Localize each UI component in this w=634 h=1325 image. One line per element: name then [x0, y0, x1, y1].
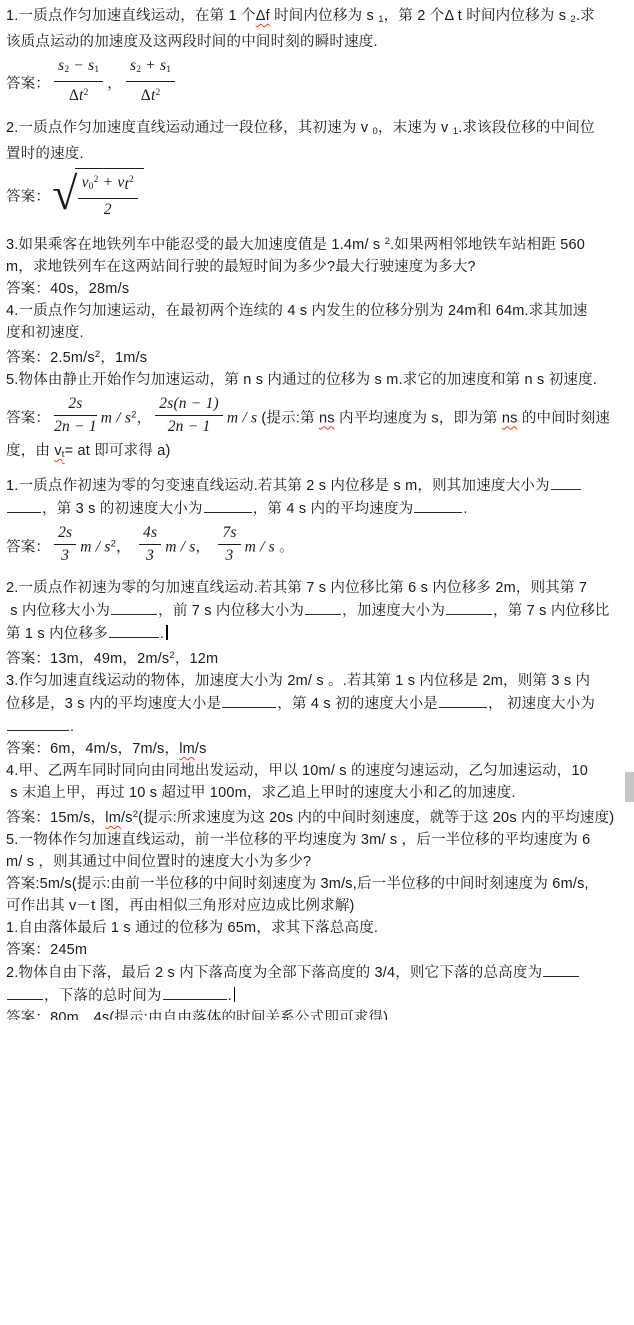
text-run: 内平均速度为 s，即为第	[335, 410, 502, 426]
text-run: 第 1 s 内位移多	[6, 626, 108, 642]
text-run: −	[69, 57, 88, 74]
text-run: .求	[576, 8, 595, 24]
fill-in-blank[interactable]	[163, 984, 227, 1000]
text-run: 答案：	[6, 410, 50, 426]
text-run: .	[463, 501, 467, 517]
answer-a5: 答案：2s2n − 1m / s2，2s(n − 1)2n − 1m / s (…	[6, 391, 628, 474]
text-run: ，12m	[175, 651, 219, 667]
superscript-text: 2	[155, 88, 160, 98]
text-run: 4.一质点作匀加速运动，在最初两个连续的 4 s 内发生的位移分别为 24m和 …	[6, 303, 588, 319]
text-run: ，	[107, 76, 122, 92]
fill-in-blank[interactable]	[7, 715, 69, 731]
answer-b5: 答案:5m/s(提示:由前一半位移的中间时刻速度为 3m/s,后一半位移的中间时…	[6, 873, 628, 917]
text-run: 3	[226, 547, 234, 564]
text-run: .	[228, 988, 232, 1004]
problem-a5: 5.物体由静止开始作匀加速运动，第 n s 内通过的位移为 s m.求它的加速度…	[6, 369, 628, 391]
text-run: 1.一质点作匀加速直线运动，在第 1 个	[6, 8, 256, 24]
numerator: s2 − s1	[54, 56, 103, 82]
text-run: m/ s ，则其通过中间位置时的速度大小为多少?	[6, 854, 311, 870]
answer-c2: 答案：80m，4s(提示:由自由落体的时间关系公式即可求得)	[6, 1007, 628, 1020]
text-run: 答案：	[6, 189, 50, 205]
fill-in-blank[interactable]	[543, 961, 579, 977]
numerator: 4s	[139, 523, 161, 545]
numerator: s2 + s1	[126, 56, 175, 82]
problem-b3: 3.作匀加速直线运动的物体，加速度大小为 2m/ s 。.若其第 1 s 内位移…	[6, 670, 628, 738]
fill-in-blank[interactable]	[414, 497, 462, 513]
text-run: 4s	[143, 524, 157, 541]
text-run: 置时的速度.	[6, 146, 84, 162]
answer-c1: 答案：245m	[6, 939, 628, 961]
text-run: ， 初速度大小为	[488, 696, 595, 712]
text-run: = at 即可求得 a)	[65, 443, 171, 459]
text-run: 答案：13m，49m，2m/s	[6, 651, 169, 667]
fill-in-blank[interactable]	[7, 984, 43, 1000]
text-run: 2n − 1	[168, 418, 211, 435]
text-run: 答案:5m/s(提示:由前一半位移的中间时刻速度为 3m/s,后一半位移的中间时…	[6, 876, 589, 892]
numerator: 7s	[218, 523, 240, 545]
fill-in-blank[interactable]	[204, 497, 252, 513]
problem-b4: 4.甲、乙两车同时同向由同地出发运动，甲以 10m/ s 的速度匀速运动，乙匀加…	[6, 760, 628, 804]
text-run: 2	[104, 201, 112, 218]
answer-b3: 答案：6m，4m/s，7m/s，lm/s	[6, 738, 628, 760]
text-run: ，	[116, 539, 135, 555]
misspelled-text: v	[54, 443, 61, 459]
problem-a1: 1.一质点作匀加速直线运动，在第 1 个Δf 时间内位移为 s 1，第 2 个Δ…	[6, 5, 628, 53]
text-cursor	[166, 625, 168, 640]
scrollbar-thumb[interactable]	[625, 772, 634, 802]
fill-in-blank[interactable]	[446, 599, 492, 615]
text-run: 2s	[68, 395, 82, 412]
text-run: 。	[275, 539, 294, 555]
text-run: 答案：15m/s，	[6, 810, 105, 826]
text-run: 的中间时刻速	[518, 410, 610, 426]
text-run: 答案：245m	[6, 942, 87, 958]
text-run: ，第 3 s 的初速度大小为	[42, 501, 203, 517]
text-run: ，前 7 s 内位移大小为	[158, 603, 304, 619]
text-run: 答案：80m，4s(提示:由自由落体的时间关系公式即可求得)	[6, 1010, 388, 1020]
problem-a2: 2.一质点作匀加速度直线运动通过一段位移，其初速为 v 0，末速为 v 1.求该…	[6, 117, 628, 165]
text-run: 该质点运动的加速度及这两段时间的中间时刻的瞬时速度.	[6, 34, 378, 50]
fraction: 2s3	[54, 523, 76, 566]
problem-a4: 4.一质点作匀加速运动，在最初两个连续的 4 s 内发生的位移分别为 24m和 …	[6, 300, 628, 344]
text-run: m / s	[101, 409, 131, 426]
problem-c2: 2.物体自由下落，最后 2 s 内下落高度为全部下落高度的 3/4，则它下落的总…	[6, 961, 628, 1007]
fill-in-blank[interactable]	[111, 599, 157, 615]
fraction: s2 − s1Δt2	[54, 56, 103, 106]
text-run: m / s	[227, 409, 257, 426]
text-run: 可作出其 v－t 图，再由相似三角形对应边成比例求解)	[6, 898, 355, 914]
denominator: 2n − 1	[155, 416, 223, 437]
text-run: (提示:所求速度为这 20s 内的中间时刻速度，就等于这 20s 内的平均速度)	[138, 810, 614, 826]
answer-b1: 答案：2s3m / s2， 4s3m / s， 7s3m / s 。	[6, 520, 628, 577]
text-run: +	[141, 57, 160, 74]
text-run: .	[70, 719, 74, 735]
answer-a3: 答案：40s，28m/s	[6, 278, 628, 300]
text-run: 7s	[222, 524, 236, 541]
radical-formula: √v02 + vt22	[52, 168, 144, 220]
text-run: 答案：40s，28m/s	[6, 281, 129, 297]
answer-a1: 答案：s2 − s1Δt2，s2 + s1Δt2	[6, 53, 628, 117]
text-run: ，末速为 v	[378, 120, 453, 136]
text-run: 2.一质点作初速为零的匀加速直线运动.若其第 7 s 内位移比第 6 s 内位移…	[6, 580, 587, 596]
text-run: 3	[61, 547, 69, 564]
document-content: 1.一质点作匀加速直线运动，在第 1 个Δf 时间内位移为 s 1，第 2 个Δ…	[6, 5, 628, 1020]
text-run: /s	[195, 741, 207, 757]
text-run: v	[82, 174, 89, 191]
text-run: ，第 7 s 内位移比	[493, 603, 610, 619]
text-run: 度和初速度.	[6, 325, 84, 341]
text-run: s 内位移大小为	[6, 603, 110, 619]
misspelled-text: ns	[502, 410, 518, 426]
superscript-text: 2	[84, 88, 89, 98]
text-run: ，	[137, 410, 152, 426]
answer-b2: 答案：13m，49m，2m/s2，12m	[6, 645, 628, 670]
misspelled-text: Δf	[256, 8, 270, 24]
text-run: 5.一物体作匀加速直线运动，前一半位移的平均速度为 3m/ s ，后一半位移的平…	[6, 832, 590, 848]
text-run: ，下落的总时间为	[44, 988, 162, 1004]
answer-a2: 答案：√v02 + vt22	[6, 165, 628, 231]
text-run: 答案：	[6, 76, 50, 92]
problem-b1: 1.一质点作初速为零的匀变速直线运动.若其第 2 s 内位移是 s m，则其加速…	[6, 474, 628, 520]
text-run: 位移是，3 s 内的平均速度大小是	[6, 696, 221, 712]
text-run: m / s	[80, 538, 110, 555]
answer-a4: 答案：2.5m/s2，1m/s	[6, 344, 628, 369]
text-run: +	[99, 174, 118, 191]
denominator: 3	[139, 545, 161, 566]
text-run: 答案：2.5m/s	[6, 350, 95, 366]
text-run: ，第 4 s 初的速度大小是	[277, 696, 438, 712]
text-run: 4.甲、乙两车同时同向由同地出发运动，甲以 10m/ s 的速度匀速运动，乙匀加…	[6, 763, 588, 779]
denominator: 2	[78, 199, 138, 220]
denominator: Δt2	[126, 82, 175, 106]
text-run: 2s(n − 1)	[159, 395, 219, 412]
text-run: m，求地铁列车在这两站间行驶的最短时间为多少?最大行驶速度为多大?	[6, 259, 476, 275]
text-run: 答案：	[6, 539, 50, 555]
fill-in-blank[interactable]	[222, 692, 276, 708]
fill-in-blank[interactable]	[439, 692, 487, 708]
text-run: 2.一质点作匀加速度直线运动通过一段位移，其初速为 v	[6, 120, 373, 136]
numerator: 2s	[54, 394, 97, 416]
numerator: 2s(n − 1)	[155, 394, 223, 416]
text-run: Δ	[141, 87, 151, 104]
fill-in-blank[interactable]	[7, 497, 41, 513]
text-run: ，加速度大小为	[342, 603, 445, 619]
denominator: 2n − 1	[54, 416, 97, 437]
text-run: m / s	[245, 538, 275, 555]
text-run: 5.物体由静止开始作匀加速运动，第 n s 内通过的位移为 s m.求它的加速度…	[6, 372, 597, 388]
text-run: 1.自由落体最后 1 s 通过的位移为 65m，求其下落总高度.	[6, 920, 378, 936]
problem-c1: 1.自由落体最后 1 s 通过的位移为 65m，求其下落总高度.	[6, 917, 628, 939]
subscript-text: 1	[94, 65, 99, 75]
text-run: 3	[146, 547, 154, 564]
text-run: 答案：6m，4m/s，7m/s，	[6, 741, 179, 757]
superscript-text: 2	[129, 175, 134, 185]
text-run: Δ	[69, 87, 79, 104]
text-run: ，1m/s	[100, 350, 147, 366]
text-run: ，第 2 个Δ t 时间内位移为 s	[384, 8, 571, 24]
fraction: 4s3	[139, 523, 161, 566]
text-run: 2n − 1	[54, 418, 97, 435]
text-cursor	[234, 987, 236, 1002]
text-run: 2s	[58, 524, 72, 541]
text-run: ，第 4 s 内的平均速度为	[253, 501, 414, 517]
problem-b5: 5.一物体作匀加速直线运动，前一半位移的平均速度为 3m/ s ，后一半位移的平…	[6, 829, 628, 873]
fill-in-blank[interactable]	[551, 474, 581, 490]
fraction: s2 + s1Δt2	[126, 56, 175, 106]
fraction: 7s3	[218, 523, 240, 566]
misspelled-text: lm	[105, 810, 121, 826]
numerator: 2s	[54, 523, 76, 545]
denominator: 3	[54, 545, 76, 566]
fraction: v02 + vt22	[78, 170, 138, 220]
text-run: .如果两相邻地铁车站相距 560	[390, 237, 585, 253]
radical-body: v02 + vt22	[75, 168, 144, 220]
text-run: (提示:第	[257, 410, 319, 426]
fraction: 2s(n − 1)2n − 1	[155, 394, 223, 437]
answer-b4: 答案：15m/s，lm/s2(提示:所求速度为这 20s 内的中间时刻速度，就等…	[6, 804, 628, 829]
text-run: 3.作匀加速直线运动的物体，加速度大小为 2m/ s 。.若其第 1 s 内位移…	[6, 673, 590, 689]
text-run: 时间内位移为 s	[270, 8, 378, 24]
denominator: 3	[218, 545, 240, 566]
misspelled-text: ns	[319, 410, 335, 426]
text-run: m / s	[165, 538, 195, 555]
text-run: 2.物体自由下落，最后 2 s 内下落高度为全部下落高度的 3/4，则它下落的总…	[6, 965, 542, 981]
denominator: Δt2	[54, 82, 103, 106]
text-run: 3.如果乘客在地铁列车中能忍受的最大加速度值是 1.4m/ s	[6, 237, 385, 253]
text-run: .求该段位移的中间位	[458, 120, 595, 136]
text-run: s 末追上甲，再过 10 s 超过甲 100m，求乙追上甲时的速度大小和乙的加速…	[6, 785, 516, 801]
text-run: 度，由	[6, 443, 54, 459]
fraction: 2s2n − 1	[54, 394, 97, 437]
fill-in-blank[interactable]	[305, 599, 341, 615]
text-run: ，	[196, 539, 215, 555]
text-run: .	[160, 626, 164, 642]
misspelled-text: lm	[179, 741, 195, 757]
document-page[interactable]: 1.一质点作匀加速直线运动，在第 1 个Δf 时间内位移为 s 1，第 2 个Δ…	[0, 0, 634, 1325]
subscript-text: 1	[166, 65, 171, 75]
text-run: 1.一质点作初速为零的匀变速直线运动.若其第 2 s 内位移是 s m，则其加速…	[6, 478, 550, 494]
problem-b2: 2.一质点作初速为零的匀加速直线运动.若其第 7 s 内位移比第 6 s 内位移…	[6, 577, 628, 645]
problem-a3: 3.如果乘客在地铁列车中能忍受的最大加速度值是 1.4m/ s 2.如果两相邻地…	[6, 231, 628, 278]
numerator: v02 + vt2	[78, 170, 138, 199]
fill-in-blank[interactable]	[109, 622, 159, 638]
text-run: /s	[121, 810, 133, 826]
